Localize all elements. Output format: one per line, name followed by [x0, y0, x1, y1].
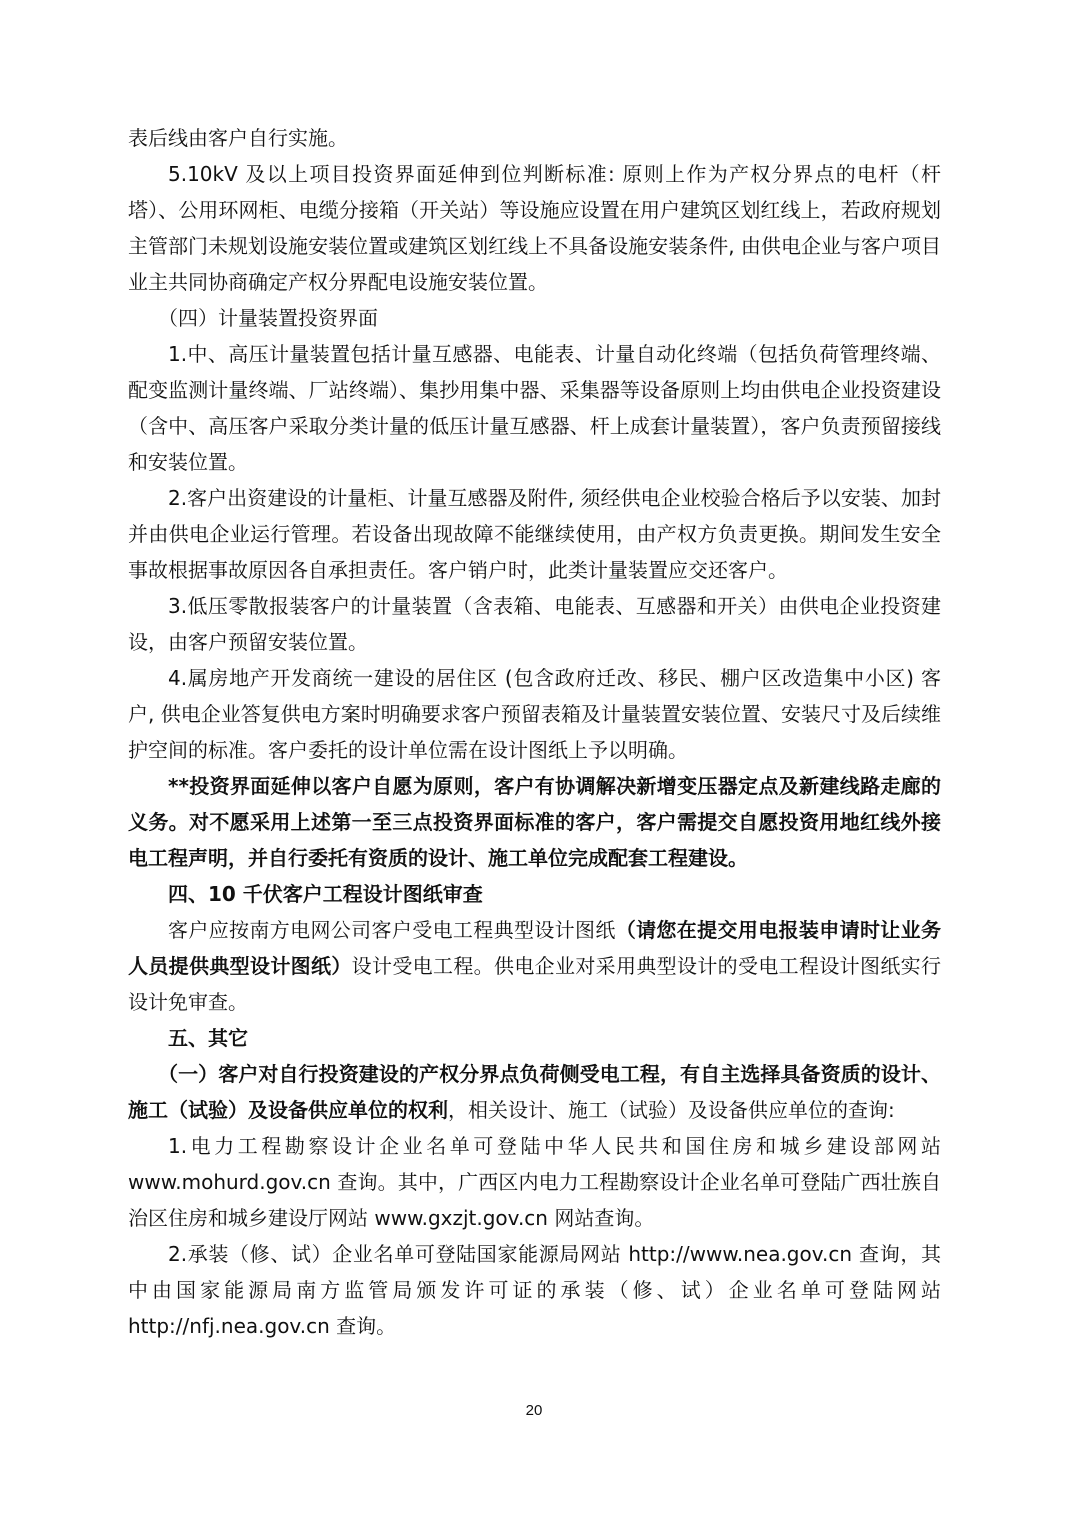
page-number: 20: [0, 1402, 1068, 1419]
paragraph-item-5: 5.10kV 及以上项目投资界面延伸到位判断标准: 原则上作为产权分界点的电杆（…: [128, 156, 941, 300]
paragraph-metering-4: 4.属房地产开发商统一建设的居住区 (包含政府迁改、移民、棚户区改造集中小区) …: [128, 660, 941, 768]
paragraph-metering-3: 3.低压零散报装客户的计量装置（含表箱、电能表、互感器和开关）由供电企业投资建设…: [128, 588, 941, 660]
paragraph-bold-note: **投资界面延伸以客户自愿为原则，客户有协调解决新增变压器定点及新建线路走廊的义…: [128, 768, 941, 876]
document-page: 表后线由客户自行实施。 5.10kV 及以上项目投资界面延伸到位判断标准: 原则…: [128, 120, 941, 1344]
paragraph-other-1: （一）客户对自行投资建设的产权分界点负荷侧受电工程，有自主选择具备资质的设计、施…: [128, 1056, 941, 1128]
other-1-text: ，相关设计、施工（试验）及设备供应单位的查询:: [448, 1098, 895, 1122]
paragraph-continuation: 表后线由客户自行实施。: [128, 120, 941, 156]
paragraph-metering-1: 1.中、高压计量装置包括计量互感器、电能表、计量自动化终端（包括负荷管理终端、配…: [128, 336, 941, 480]
design-review-text-a: 客户应按南方电网公司客户受电工程典型设计图纸: [168, 918, 616, 942]
chapter-heading-four: 四、10 千伏客户工程设计图纸审查: [128, 876, 941, 912]
section-heading-4: （四）计量装置投资界面: [128, 300, 941, 336]
chapter-heading-five: 五、其它: [128, 1020, 941, 1056]
paragraph-installers: 2.承装（修、试）企业名单可登陆国家能源局网站 http://www.nea.g…: [128, 1236, 941, 1344]
paragraph-design-firms: 1.电力工程勘察设计企业名单可登陆中华人民共和国住房和城乡建设部网站 www.m…: [128, 1128, 941, 1236]
paragraph-metering-2: 2.客户出资建设的计量柜、计量互感器及附件, 须经供电企业校验合格后予以安装、加…: [128, 480, 941, 588]
paragraph-design-review: 客户应按南方电网公司客户受电工程典型设计图纸（请您在提交用电报装申请时让业务人员…: [128, 912, 941, 1020]
